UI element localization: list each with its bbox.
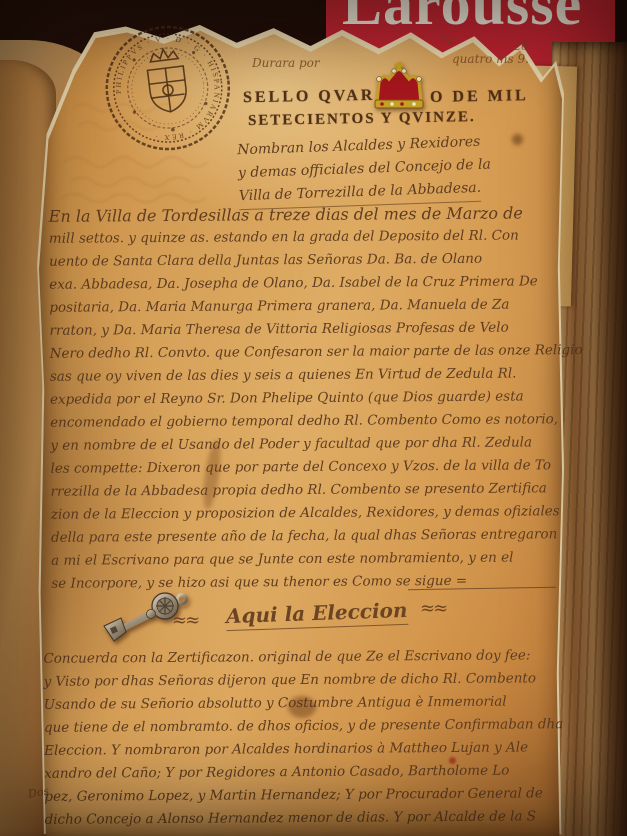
folio-mark: 26 (514, 40, 528, 53)
habilitation-note-left: Durara por (252, 56, 320, 70)
manuscript-line: a mi el Escrivano para que se Junte con … (51, 546, 563, 573)
habilitation-note-right: quatro ms 9. (452, 52, 529, 66)
document-title: Nombran los Alcaldes y Rexidores y demas… (237, 129, 539, 210)
stamp-line1-right: O DE MIL (430, 87, 529, 107)
crown-charm (370, 62, 428, 116)
royal-ink-seal-stamp: PHILIPPVS · V · D · G · HISPANIARVM · RE… (77, 3, 259, 178)
manuscript-photo: Larousse ua de Pla ort el rez los de ce (0, 0, 627, 836)
act-paragraph: En la Villa de Tordesillas a treze dias … (49, 201, 564, 596)
flourish-right-icon: ≈≈ (420, 598, 446, 619)
confirmation-paragraph: Concuerda con la Zertificazon. original … (43, 644, 568, 832)
flourish-left-icon: ≈≈ (172, 610, 198, 631)
manuscript-line: dicho Concejo a Alonso Hernandez menor d… (44, 805, 568, 832)
stamp-line1-left: SELLO QVAR (243, 87, 376, 107)
manuscript-line: mill settos. y quinze as. estando en la … (49, 224, 561, 251)
wax-speck (449, 757, 456, 764)
folio-mark: 2o (440, 34, 454, 47)
ink-stain (512, 134, 523, 145)
ink-stain (288, 696, 316, 718)
larousse-book-title: Larousse (342, 0, 582, 39)
